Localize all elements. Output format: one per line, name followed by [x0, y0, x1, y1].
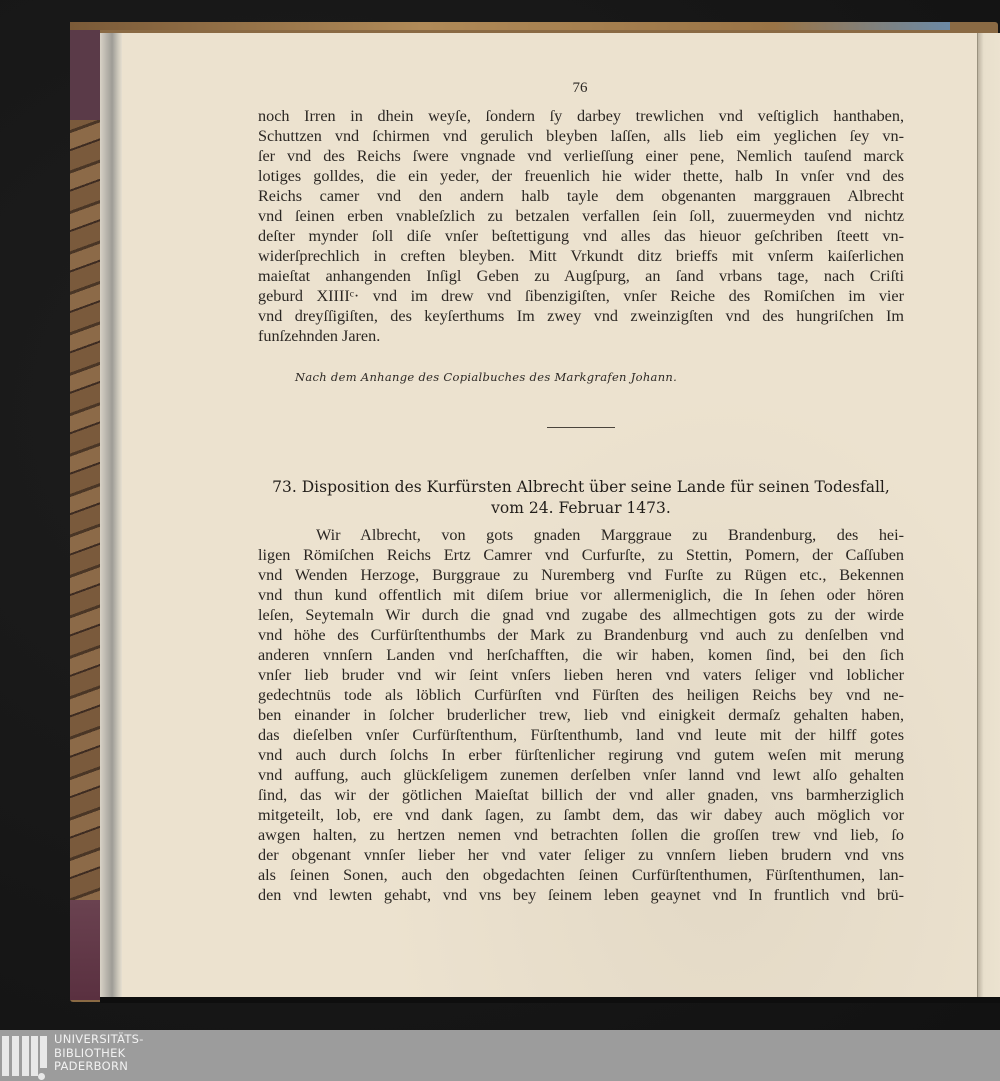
document-title-line1: Disposition des Kurfürsten Albrecht über… — [302, 478, 890, 496]
text-line: deſter mynder ſoll diſe vnſer beſtettigu… — [258, 226, 904, 246]
page-number: 76 — [560, 80, 600, 97]
library-name-line1: UNIVERSITÄTS- — [54, 1033, 144, 1047]
document-title-line2: vom 24. Februar 1473. — [491, 499, 671, 517]
text-line: vnſer lieb bruder vnd wir ſeint vnſers l… — [258, 665, 904, 685]
page-shadow — [100, 997, 1000, 1003]
text-line: vnd auffung, auch glückſeligem zunemen d… — [258, 765, 904, 785]
text-line: den vnd lewten gehabt, vnd vns bey ſeine… — [258, 885, 904, 905]
lower-text-block: Wir Albrecht, von gots gnaden Marggraue … — [258, 525, 904, 905]
text-line: ſer vnd des Reichs ſwere vngnade vnd ver… — [258, 146, 904, 166]
text-line: funſzehnden Jaren. — [258, 326, 904, 346]
book-cover-top-edge — [70, 22, 950, 30]
text-line: vnd thun kund offentlich mit diſem briue… — [258, 585, 904, 605]
text-line: vnd dreyſſigiſten, des keyſerthums Im zw… — [258, 306, 904, 326]
text-line: ſind, das wir der götlichen Maieſtat bil… — [258, 785, 904, 805]
document-heading: 73. Disposition des Kurfürsten Albrecht … — [258, 477, 904, 498]
binding-corner — [70, 900, 100, 1000]
text-line: maieſtat anhangenden Inſigl Geben zu Aug… — [258, 266, 904, 286]
text-line: noch Irren in dhein weyſe, ſondern ſy da… — [258, 106, 904, 126]
text-line: widerſprechlich in creften bleyben. Mitt… — [258, 246, 904, 266]
text-line: vnd Wenden Herzoge, Burggraue zu Nurembe… — [258, 565, 904, 585]
document-number: 73. — [272, 478, 297, 496]
library-banner — [0, 1030, 1000, 1081]
next-page-edge — [977, 33, 1000, 999]
text-line: als ſeinen Sonen, auch den obgedachten ſ… — [258, 865, 904, 885]
source-note: Nach dem Anhange des Copialbuches des Ma… — [295, 370, 677, 384]
text-line: Wir Albrecht, von gots gnaden Marggraue … — [258, 525, 904, 545]
text-line: vnd auch durch ſolchs In erber fürſtenli… — [258, 745, 904, 765]
text-line: Schuttzen vnd ſchirmen vnd gerulich bley… — [258, 126, 904, 146]
text-line: der obgenant vnnſer lieber her vnd vater… — [258, 845, 904, 865]
library-logo-dot-icon — [38, 1073, 45, 1080]
text-line: ligen Römiſchen Reichs Ertz Camrer vnd C… — [258, 545, 904, 565]
library-name-line3: PADERBORN — [54, 1060, 144, 1074]
text-line: mitgeteilt, lob, ere vnd dank ſagen, zu … — [258, 805, 904, 825]
text-line: vnd höhe des Curfürſtenthumbs der Mark z… — [258, 625, 904, 645]
text-line: leſen, Seytemaln Wir durch die gnad vnd … — [258, 605, 904, 625]
text-line: lotiges golldes, die ein yeder, der freu… — [258, 166, 904, 186]
page-stack-edge — [100, 33, 122, 1000]
text-line: Reichs camer vnd den andern halb tayle d… — [258, 186, 904, 206]
text-line: das dieſelben vnſer Curfürſtenthum, Fürſ… — [258, 725, 904, 745]
text-line: ben einander in ſolcher bruderlicher tre… — [258, 705, 904, 725]
text-line: gedechtnüs tode als löblich Curfürſten v… — [258, 685, 904, 705]
marbled-binding — [70, 30, 100, 1000]
text-line: awgen halten, zu hertzen nemen vnd betra… — [258, 825, 904, 845]
text-line: geburd XIIIIᶜ· vnd im drew vnd ſibenzigi… — [258, 286, 904, 306]
document-heading-date: vom 24. Februar 1473. — [258, 498, 904, 519]
library-name: UNIVERSITÄTS- BIBLIOTHEK PADERBORN — [54, 1033, 144, 1074]
text-line: vnd ſeinen erben vnableſzlich zu betzale… — [258, 206, 904, 226]
text-line: anderen vnnſern Landen vnd herſchafften,… — [258, 645, 904, 665]
library-name-line2: BIBLIOTHEK — [54, 1047, 144, 1061]
section-separator — [547, 427, 615, 428]
upper-text-block: noch Irren in dhein weyſe, ſondern ſy da… — [258, 106, 904, 346]
